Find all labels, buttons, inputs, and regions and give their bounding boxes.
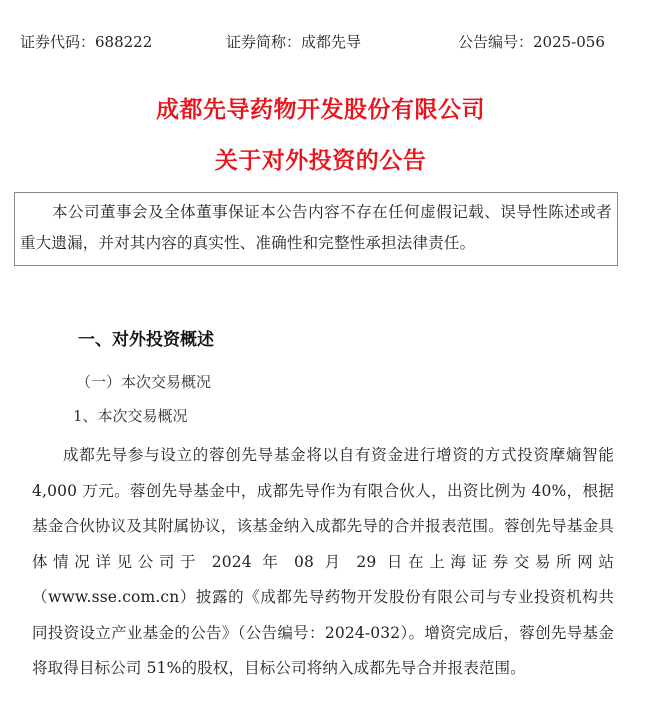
board-statement-text: 本公司董事会及全体董事保证本公告内容不存在任何虚假记载、误导性陈述或者重大遗漏，… (20, 197, 612, 259)
sub-heading: （一）本次交易概况 (76, 370, 211, 394)
paragraph-text: 成都先导参与设立的蓉创先导基金将以自有资金进行增资的方式投资摩熵智能 4,000… (32, 438, 614, 687)
security-abbreviation: 证券简称：成都先导 (226, 30, 361, 54)
company-title: 成都先导药物开发股份有限公司 (0, 94, 644, 126)
announcement-meta-row: 证券代码：688222 证券简称：成都先导 公告编号：2025-056 (0, 30, 647, 54)
board-statement-box: 本公司董事会及全体董事保证本公告内容不存在任何虚假记载、误导性陈述或者重大遗漏，… (14, 192, 618, 266)
section-heading: 一、对外投资概述 (78, 326, 214, 354)
body-paragraph: 成都先导参与设立的蓉创先导基金将以自有资金进行增资的方式投资摩熵智能 4,000… (32, 438, 614, 687)
security-code: 证券代码：688222 (20, 30, 152, 54)
announcement-number: 公告编号：2025-056 (458, 30, 605, 54)
item-heading: 1、本次交易概况 (73, 404, 188, 428)
announcement-title: 关于对外投资的公告 (0, 145, 644, 177)
